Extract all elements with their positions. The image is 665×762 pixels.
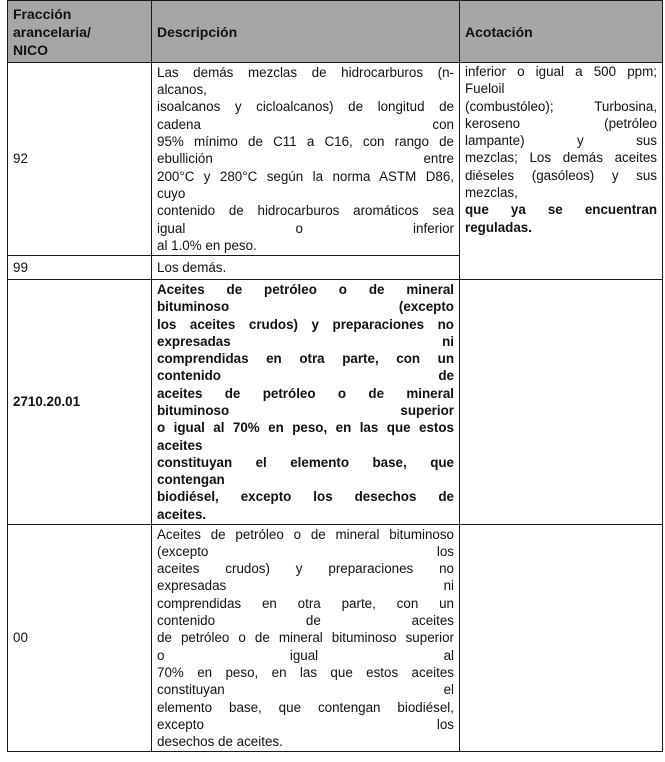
text-line: desechos de aceites. bbox=[157, 733, 454, 750]
text-line: Fueloil bbox=[465, 80, 657, 97]
description-cell: Los demás. bbox=[152, 256, 460, 280]
text-line: cuyo bbox=[157, 185, 454, 202]
code-cell: 2710.20.01 bbox=[8, 280, 152, 525]
header-acotacion: Acotación bbox=[460, 1, 663, 63]
text-line: contenido de bbox=[157, 367, 454, 384]
text-line: aceites de petróleo o de mineral bbox=[157, 385, 454, 402]
text-line: contenido de aceites bbox=[157, 612, 454, 629]
text-line: contenido de hidrocarburos aromáticos se… bbox=[157, 202, 454, 219]
text-line: bituminoso superior bbox=[157, 402, 454, 419]
text-line: bituminoso (excepto bbox=[157, 298, 454, 315]
table-row: 92 Las demás mezclas de hidrocarburos (n… bbox=[8, 63, 663, 256]
text-line: ebullición entre bbox=[157, 150, 454, 167]
text-line: comprendidas en otra parte, con un bbox=[157, 595, 454, 612]
header-descripcion: Descripción bbox=[152, 1, 460, 63]
text-line: o igual al bbox=[157, 647, 454, 664]
text-line: keroseno (petróleo bbox=[465, 115, 657, 132]
description-cell: Aceites de petróleo o de mineral bitumin… bbox=[152, 525, 460, 752]
text-line: Los demás. bbox=[157, 259, 454, 276]
table-header-row: Fracción arancelaria/ NICO Descripción A… bbox=[8, 1, 663, 63]
text-line: elemento base, que contengan biodiésel, bbox=[157, 699, 454, 716]
text-line: (combustóleo); Turbosina, bbox=[465, 98, 657, 115]
text-line: inferior o igual a 500 ppm; bbox=[465, 63, 657, 80]
code-cell: 92 bbox=[8, 63, 152, 256]
text-line: constituyan el elemento base, que bbox=[157, 454, 454, 471]
text-line: Aceites de petróleo o de mineral bitumin… bbox=[157, 526, 454, 543]
text-line: alcanos, bbox=[157, 81, 454, 98]
text-line: 70% en peso, en las que estos aceites bbox=[157, 664, 454, 681]
description-cell: Aceites de petróleo o de mineralbitumino… bbox=[152, 280, 460, 525]
table-row: 2710.20.01 Aceites de petróleo o de mine… bbox=[8, 280, 663, 525]
text-line: o igual al 70% en peso, en las que estos bbox=[157, 419, 454, 436]
text-line: diéseles (gasóleos) y sus bbox=[465, 167, 657, 184]
header-fraccion-line: Fracción bbox=[13, 5, 146, 23]
text-line: (excepto los bbox=[157, 543, 454, 560]
text-line: mezclas, bbox=[465, 184, 657, 201]
text-line: igual o inferior bbox=[157, 220, 454, 237]
tariff-table: Fracción arancelaria/ NICO Descripción A… bbox=[7, 0, 663, 752]
text-line: 95% mínimo de C11 a C16, con rango de bbox=[157, 133, 454, 150]
text-line: expresadas ni bbox=[157, 333, 454, 350]
text-line: 200°C y 280°C según la norma ASTM D86, bbox=[157, 168, 454, 185]
text-line: expresadas ni bbox=[157, 577, 454, 594]
text-line: isoalcanos y cicloalcanos) de longitud d… bbox=[157, 98, 454, 115]
acotacion-cell: inferior o igual a 500 ppm;Fueloil(combu… bbox=[460, 63, 663, 280]
acotacion-cell bbox=[460, 280, 663, 525]
text-line: Aceites de petróleo o de mineral bbox=[157, 281, 454, 298]
text-line: comprendidas en otra parte, con un bbox=[157, 350, 454, 367]
text-line: mezclas; Los demás aceites bbox=[465, 149, 657, 166]
text-line: constituyan el bbox=[157, 681, 454, 698]
text-line: contengan bbox=[157, 471, 454, 488]
text-line: excepto los bbox=[157, 716, 454, 733]
text-line: los aceites crudos) y preparaciones no bbox=[157, 316, 454, 333]
text-line: aceites. bbox=[157, 506, 454, 523]
text-line: al 1.0% en peso. bbox=[157, 237, 454, 254]
header-fraccion-line: arancelaria/ bbox=[13, 23, 146, 41]
header-fraccion-line: NICO bbox=[13, 41, 146, 59]
text-line: que ya se encuentran bbox=[465, 201, 657, 218]
text-line: de petróleo o de mineral bituminoso supe… bbox=[157, 629, 454, 646]
text-line: Las demás mezclas de hidrocarburos (n- bbox=[157, 64, 454, 81]
description-cell: Las demás mezclas de hidrocarburos (n-al… bbox=[152, 63, 460, 256]
text-line: biodiésel, excepto los desechos de bbox=[157, 488, 454, 505]
text-line: cadena con bbox=[157, 116, 454, 133]
text-line: aceites bbox=[157, 437, 454, 454]
text-line: lampante) y sus bbox=[465, 132, 657, 149]
table-row: 00 Aceites de petróleo o de mineral bitu… bbox=[8, 525, 663, 752]
code-cell: 00 bbox=[8, 525, 152, 752]
acotacion-cell bbox=[460, 525, 663, 752]
code-cell: 99 bbox=[8, 256, 152, 280]
text-line: aceites crudos) y preparaciones no bbox=[157, 560, 454, 577]
header-fraccion: Fracción arancelaria/ NICO bbox=[8, 1, 152, 63]
text-line: reguladas. bbox=[465, 219, 657, 236]
